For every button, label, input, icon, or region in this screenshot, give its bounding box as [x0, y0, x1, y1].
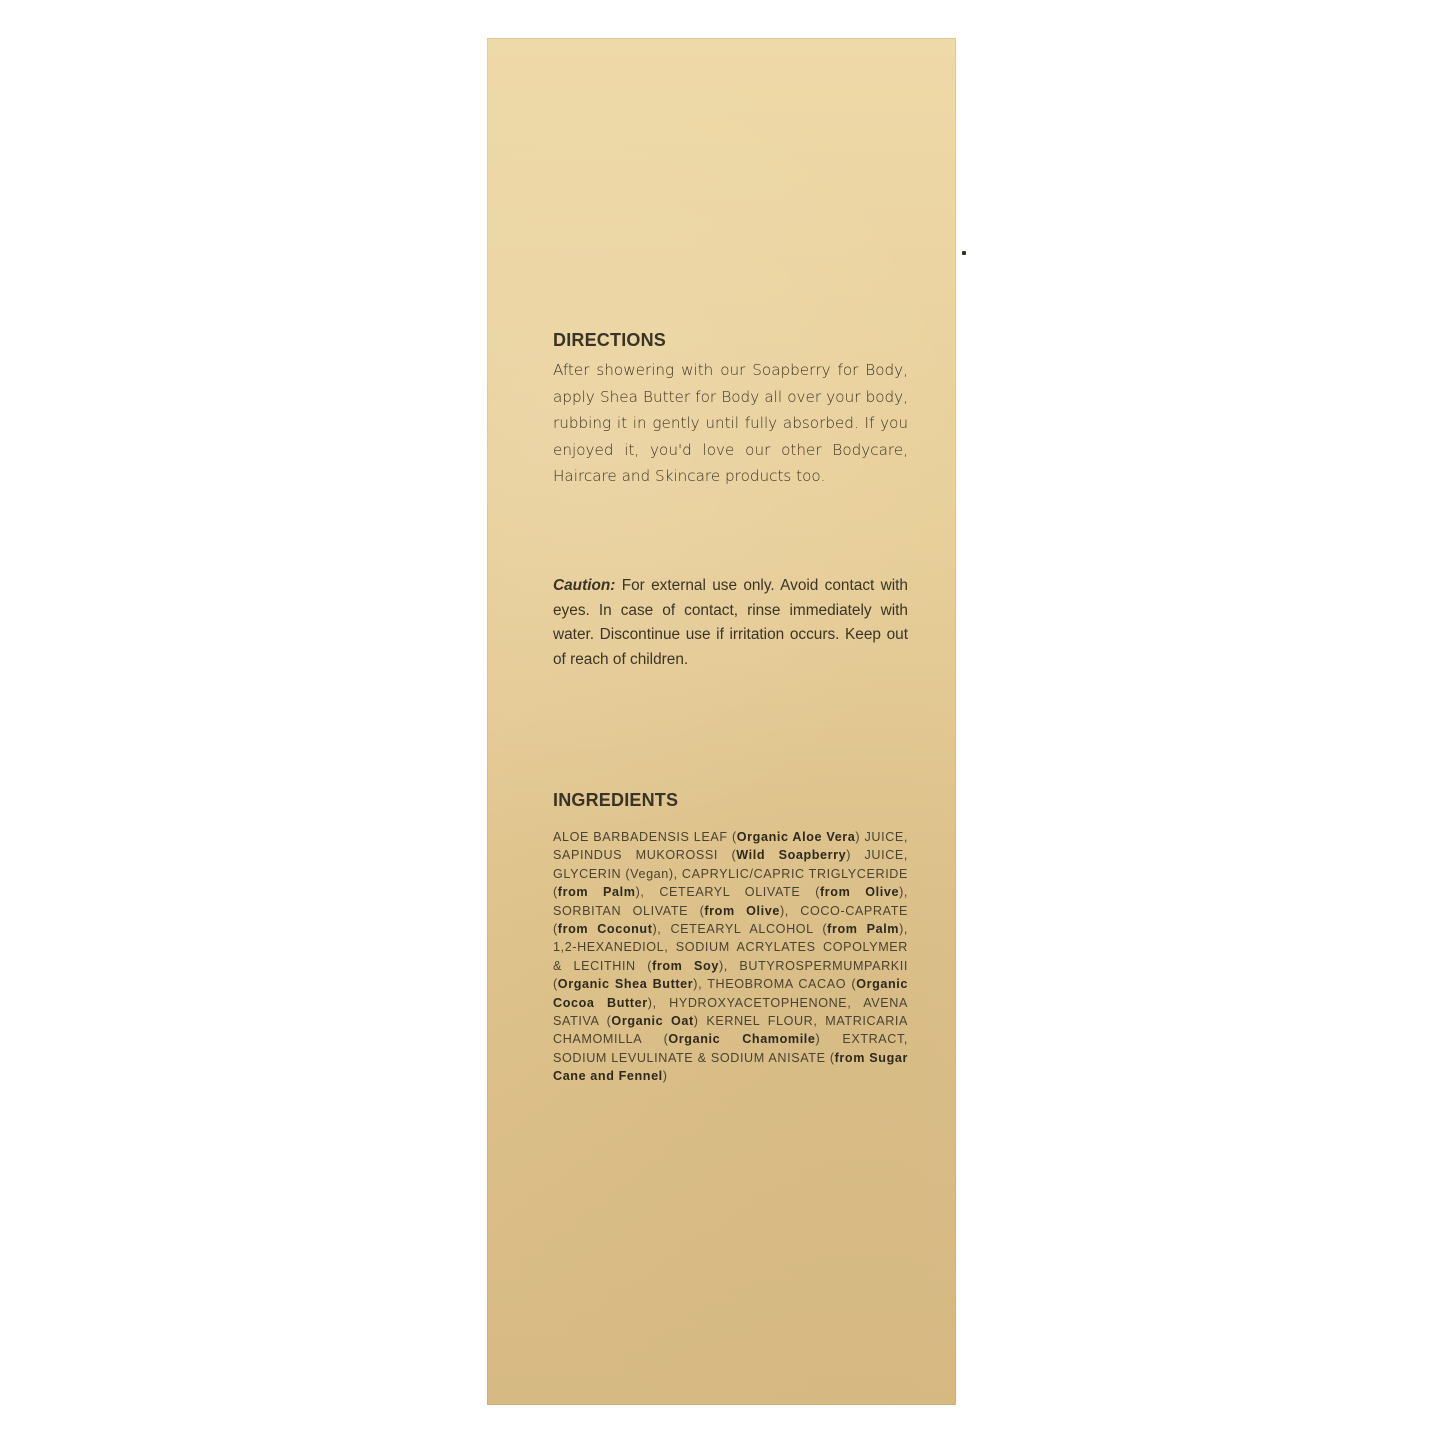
ingredient-source-note: Organic Shea Butter [558, 977, 694, 991]
ingredient-source-note: Organic Aloe Vera [737, 830, 856, 844]
directions-section: DIRECTIONS After showering with our Soap… [553, 330, 908, 490]
ingredient-source-note: Organic Oat [611, 1014, 693, 1028]
product-box-back-panel [487, 38, 956, 1405]
ingredient-text: ), CETEARYL ALCOHOL ( [653, 922, 828, 936]
ingredient-source-note: from Olive [820, 885, 899, 899]
ingredient-source-note: from Palm [827, 922, 899, 936]
directions-heading: DIRECTIONS [553, 330, 908, 351]
ingredient-text: ), CETEARYL OLIVATE ( [636, 885, 820, 899]
caution-label: Caution: [553, 577, 615, 594]
ingredient-source-note: Wild Soapberry [736, 848, 846, 862]
ingredient-source-note: from Coconut [558, 922, 653, 936]
ingredients-heading: INGREDIENTS [553, 790, 908, 811]
ingredient-text: ), THEOBROMA CACAO ( [693, 977, 856, 991]
ingredient-text: ) [663, 1069, 668, 1083]
ingredients-section: INGREDIENTS ALOE BARBADENSIS LEAF (Organ… [553, 790, 908, 1086]
ingredient-text: ALOE BARBADENSIS LEAF ( [553, 830, 737, 844]
ingredient-source-note: from Olive [704, 904, 780, 918]
ingredient-source-note: from Palm [558, 885, 636, 899]
ingredients-list: ALOE BARBADENSIS LEAF (Organic Aloe Vera… [553, 828, 908, 1086]
ingredient-source-note: Organic Chamomile [668, 1032, 815, 1046]
caution-section: Caution: For external use only. Avoid co… [553, 574, 908, 672]
print-speck [962, 251, 966, 255]
directions-text: After showering with our Soapberry for B… [553, 357, 908, 490]
ingredient-source-note: from Soy [652, 959, 719, 973]
